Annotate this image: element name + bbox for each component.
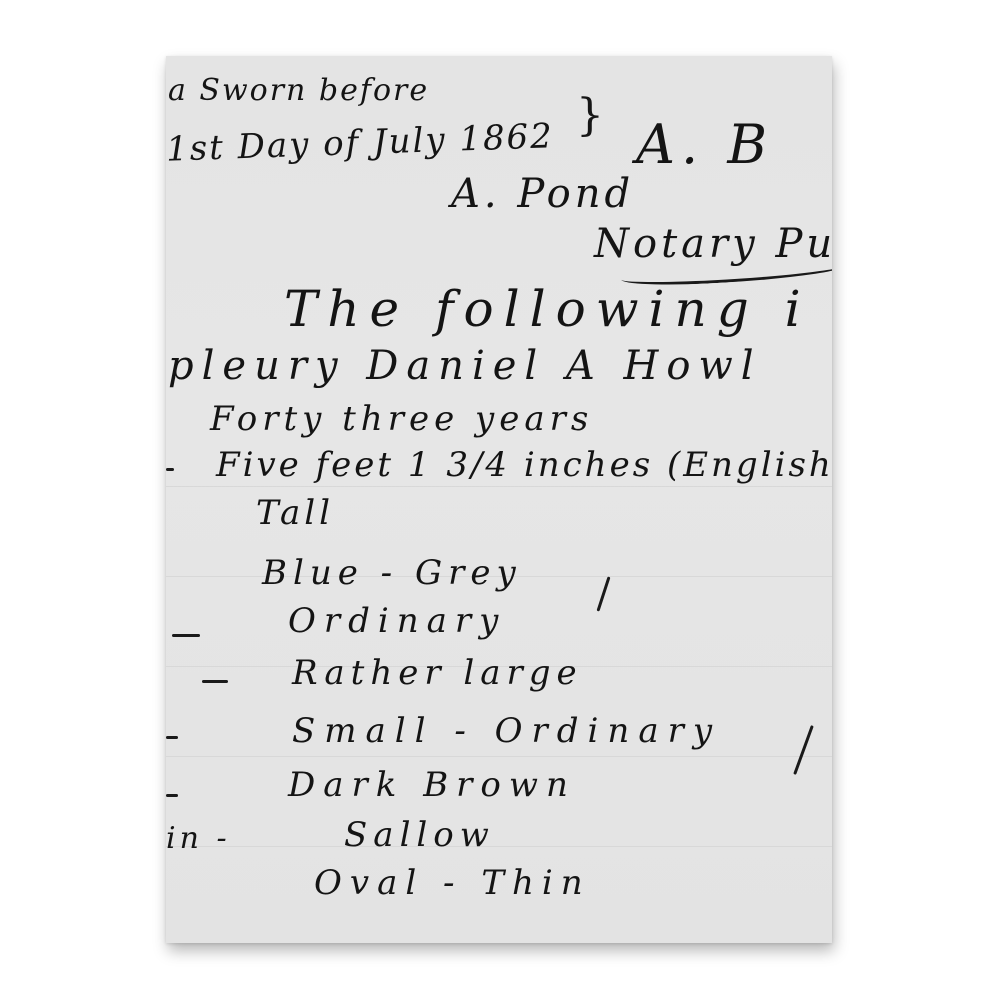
sworn-before-line: a Sworn before	[168, 76, 429, 106]
entry-dash	[202, 680, 228, 683]
entry-dash	[166, 794, 178, 797]
stature-entry: Tall	[256, 496, 334, 530]
paper-rule-line	[166, 846, 832, 847]
pen-stroke	[793, 725, 814, 775]
entry-dash	[166, 736, 178, 739]
paper-rule-line	[166, 756, 832, 757]
nose-entry: Ordinary	[288, 604, 506, 638]
document-poster: a Sworn before 1st Day of July 1862 } A.…	[166, 56, 832, 943]
notary-name: A. Pond	[451, 174, 634, 214]
height-entry: Five feet 1 3/4 inches (English	[216, 448, 832, 482]
signature-initials: A. B	[636, 118, 773, 172]
chin-entry: Small - Ordinary	[292, 714, 721, 748]
brace-mark: }	[576, 94, 604, 138]
entry-dash	[172, 634, 200, 637]
subject-name-line: pleury Daniel A Howl	[168, 346, 762, 386]
date-line: 1st Day of July 1862	[166, 119, 554, 167]
complexion-entry: Sallow	[344, 818, 495, 852]
mouth-entry: Rather large	[292, 656, 583, 690]
entry-dash	[166, 468, 174, 471]
hair-entry: Dark Brown	[288, 768, 576, 802]
poster-mockup-canvas: a Sworn before 1st Day of July 1862 } A.…	[0, 0, 1000, 1000]
age-entry: Forty three years	[210, 402, 593, 436]
pen-stroke	[597, 576, 611, 611]
complexion-label: in -	[166, 824, 231, 854]
paper-rule-line	[166, 486, 832, 487]
heading-line: The following i	[284, 284, 811, 334]
eyes-entry: Blue - Grey	[262, 556, 522, 590]
face-entry: Oval - Thin	[314, 866, 591, 900]
